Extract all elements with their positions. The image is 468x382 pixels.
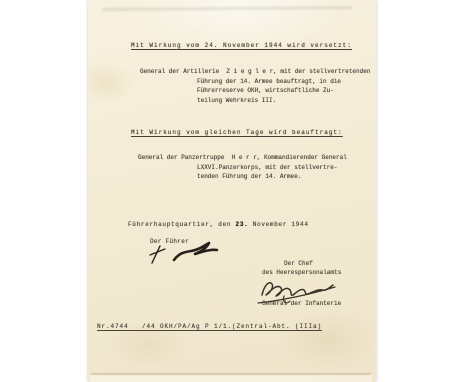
- entry2-line1: General der Panzertruppe H e r r, Komman…: [138, 154, 347, 162]
- chief-title-line2: des Heerespersonalamts: [262, 269, 341, 277]
- fuhrer-signature-icon: [150, 243, 217, 263]
- entry2-line2: LXXVI.Panzerkorps, mit der stellvertre-: [197, 164, 337, 172]
- document-paper: Mit Wirkung vom 24. November 1944 wird v…: [88, 0, 376, 382]
- dateline-rest: November 1944: [248, 221, 308, 228]
- chief-title-line1: Der Chef: [284, 260, 313, 268]
- dateline-place: Führerhauptquartier, den: [128, 221, 236, 228]
- fuhrer-title: Der Führer: [150, 238, 189, 246]
- paper-bottom-edge: [90, 375, 372, 382]
- paper-top-curl-shadow: [102, 6, 352, 11]
- dateline-day: 23.: [236, 221, 249, 228]
- reference-number-line: Nr.4744 /44 OKH/PA/Ag P 1/1.(Zentral-Abt…: [97, 323, 322, 330]
- entry1-line4: teilung Wehrkreis III.: [197, 97, 276, 105]
- effective-date-heading-2: Mit Wirkung vom gleichen Tage wird beauf…: [131, 129, 343, 137]
- entry1-line3: Führerreserve OKH, wirtschaftliche Zu-: [197, 87, 334, 95]
- entry1-line2: Führung der 14. Armee beauftragt, in die: [197, 78, 341, 86]
- effective-date-heading-1: Mit Wirkung vom 24. November 1944 wird v…: [131, 42, 352, 50]
- chief-rank: General der Infanterie: [262, 300, 341, 308]
- entry2-line3: tenden Führung der 14. Armee.: [197, 173, 301, 181]
- entry1-line1: General der Artillerie Z i e g l e r, mi…: [140, 68, 370, 76]
- dateline: Führerhauptquartier, den 23. November 19…: [128, 221, 309, 228]
